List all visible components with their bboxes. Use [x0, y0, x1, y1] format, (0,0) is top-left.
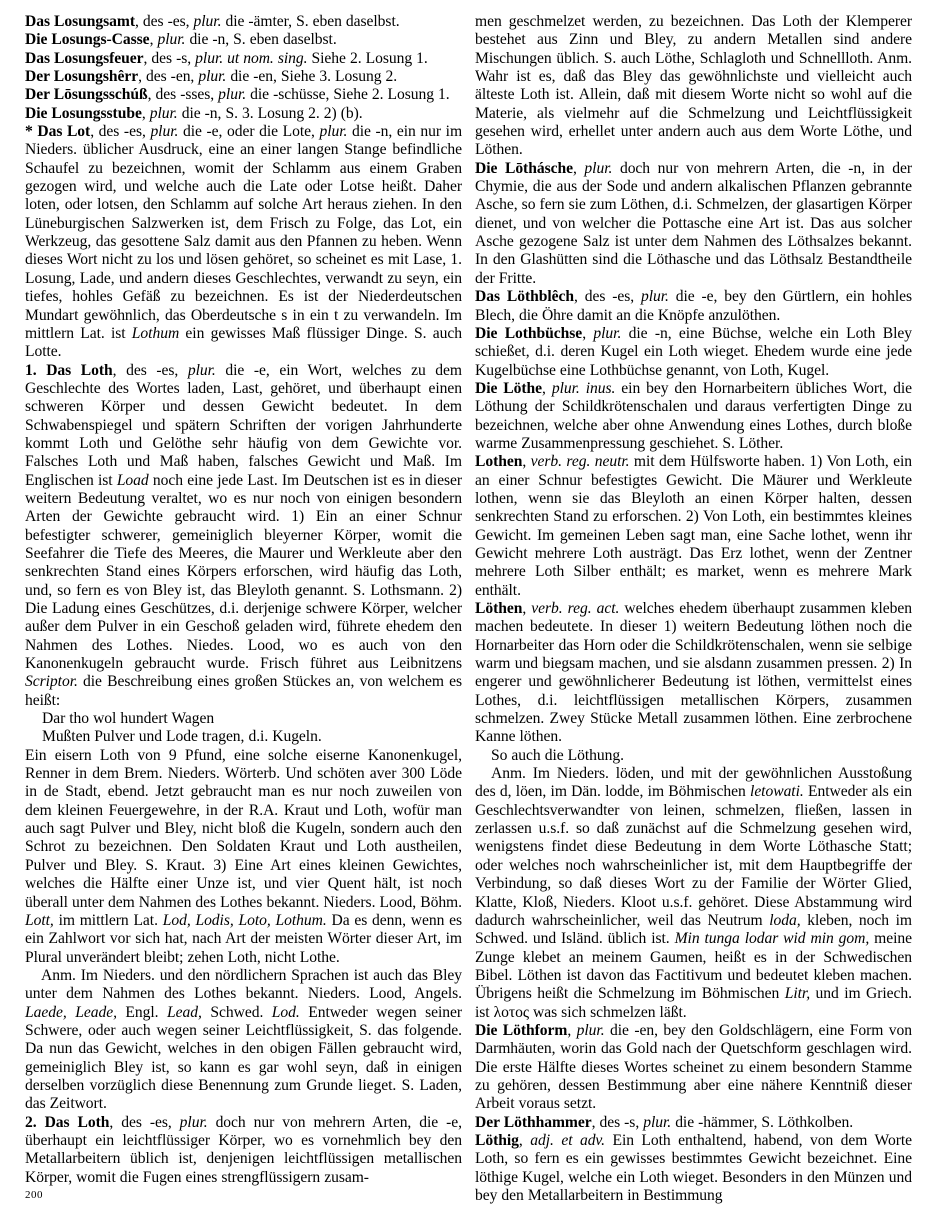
- dictionary-entry: Die Losungs-Casse, plur. die -n, S. eben…: [25, 31, 462, 49]
- dictionary-entry: Löthig, adj. et adv. Ein Loth enthaltend…: [475, 1132, 912, 1205]
- annotation-paragraph: Anm. Im Nieders. löden, und mit der gewö…: [475, 765, 912, 1022]
- grammar-tag: verb. reg. act.: [531, 600, 619, 617]
- entry-text: , des -es,: [574, 288, 641, 305]
- grammar-tag: plur. ut nom. sing.: [195, 50, 307, 67]
- entry-text: , des -s,: [144, 50, 196, 67]
- entry-text: , des -es,: [109, 1114, 179, 1131]
- dictionary-entry: * Das Lot, des -es, plur. die -e, oder d…: [25, 123, 462, 361]
- grammar-tag: adj. et adv.: [530, 1132, 605, 1149]
- verse-line: Mußten Pulver und Lode tragen, d.i. Kuge…: [25, 728, 462, 746]
- entry-text: , des -es,: [113, 362, 188, 379]
- entry-text: Dar tho wol hundert Wagen: [42, 710, 214, 727]
- dictionary-entry: Das Löthblêch, des -es, plur. die -e, be…: [475, 288, 912, 325]
- headword: Die Lōthásche: [475, 160, 573, 177]
- grammar-tag: plur.: [593, 325, 621, 342]
- headword: Der Löthhammer: [475, 1114, 592, 1131]
- dictionary-entry: 2. Das Loth, des -es, plur. doch nur von…: [25, 1114, 462, 1187]
- entry-text: Siehe 2. Losung 1.: [307, 50, 427, 67]
- dictionary-entry: men geschmelzet werden, zu bezeichnen. D…: [475, 13, 912, 160]
- entry-text: , des -es,: [135, 13, 194, 30]
- entry-text: die -n, ein nur im Nieders. üblicher Aus…: [25, 123, 462, 342]
- entry-text: die -e, ein Wort, welches zu dem Geschle…: [25, 362, 462, 489]
- dictionary-entry: Ein eisern Loth von 9 Pfund, eine solche…: [25, 747, 462, 967]
- headword: Das Löthblêch: [475, 288, 574, 305]
- dictionary-entry: 1. Das Loth, des -es, plur. die -e, ein …: [25, 362, 462, 711]
- entry-text: Entweder als ein Geschlechtsverwandter v…: [475, 783, 912, 928]
- dictionary-entry: Die Löthe, plur. inus. ein bey den Horna…: [475, 380, 912, 453]
- entry-text: ,: [567, 1022, 576, 1039]
- grammar-tag: plur.: [188, 362, 216, 379]
- entry-text: die -en, Siehe 3. Losung 2.: [226, 68, 397, 85]
- grammar-tag: plur.: [150, 123, 178, 140]
- dictionary-entry: Löthen, verb. reg. act. welches ehedem ü…: [475, 600, 912, 747]
- grammar-tag: Lod, Lodis, Loto, Lothum.: [163, 912, 327, 929]
- entry-text: , des -sses,: [148, 86, 219, 103]
- entry-text: ,: [582, 325, 593, 342]
- page-number: 200: [25, 1188, 462, 1202]
- dictionary-entry: Die Löthform, plur. die -en, bey den Gol…: [475, 1022, 912, 1114]
- grammar-tag: verb. reg. neutr.: [531, 453, 630, 470]
- grammar-tag: Min tunga lodar wid min gom,: [675, 930, 870, 947]
- dictionary-entry: Der Löthhammer, des -s, plur. die -hämme…: [475, 1114, 912, 1132]
- entry-text: Mußten Pulver und Lode tragen, d.i. Kuge…: [42, 728, 322, 745]
- headword: * Das Lot: [25, 123, 90, 140]
- dictionary-entry: Die Lothbüchse, plur. die -n, eine Büchs…: [475, 325, 912, 380]
- headword: Die Losungs-Casse: [25, 31, 150, 48]
- grammar-tag: plur.: [194, 13, 222, 30]
- entry-text: men geschmelzet werden, zu bezeichnen. D…: [475, 13, 912, 158]
- grammar-tag: Lead,: [167, 1004, 202, 1021]
- entry-text: die -n, S. 3. Losung 2. 2) (b).: [178, 105, 363, 122]
- dictionary-entry: Das Losungsfeuer, des -s, plur. ut nom. …: [25, 50, 462, 68]
- entry-text: doch nur von mehrern Arten, die -n, in d…: [475, 160, 912, 287]
- headword: Der Lōsungsschúß: [25, 86, 148, 103]
- headword: Lothen: [475, 453, 522, 470]
- grammar-tag: Lod.: [272, 1004, 300, 1021]
- entry-text: ,: [522, 600, 531, 617]
- verse-line: Dar tho wol hundert Wagen: [25, 710, 462, 728]
- dictionary-entry: Der Losungshêrr, des -en, plur. die -en,…: [25, 68, 462, 86]
- entry-text: ,: [573, 160, 584, 177]
- dictionary-page: Das Losungsamt, des -es, plur. die -ämte…: [0, 0, 935, 1210]
- entry-text: Schwed.: [202, 1004, 272, 1021]
- annotation-paragraph: Anm. Im Nieders. und den nördlichern Spr…: [25, 967, 462, 1114]
- grammar-tag: Laede, Leade,: [25, 1004, 117, 1021]
- headword: 1. Das Loth: [25, 362, 113, 379]
- headword: Löthen: [475, 600, 522, 617]
- grammar-tag: plur.: [150, 105, 178, 122]
- headword: Die Lothbüchse: [475, 325, 582, 342]
- grammar-tag: plur.: [180, 1114, 208, 1131]
- grammar-tag: plur.: [319, 123, 347, 140]
- grammar-tag: Scriptor.: [25, 673, 78, 690]
- headword: Löthig: [475, 1132, 519, 1149]
- entry-text: , des -en,: [138, 68, 198, 85]
- headword: 2. Das Loth: [25, 1114, 109, 1131]
- entry-text: , des -es,: [90, 123, 150, 140]
- annotation-paragraph: So auch die Löthung.: [475, 747, 912, 765]
- grammar-tag: plur.: [157, 31, 185, 48]
- entry-text: die -ämter, S. eben daselbst.: [221, 13, 399, 30]
- headword: Die Löthform: [475, 1022, 567, 1039]
- entry-text: ,: [142, 105, 150, 122]
- dictionary-entry: Der Lōsungsschúß, des -sses, plur. die -…: [25, 86, 462, 104]
- dictionary-entry: Das Losungsamt, des -es, plur. die -ämte…: [25, 13, 462, 31]
- headword: Der Losungshêrr: [25, 68, 138, 85]
- entry-text: die Beschreibung eines großen Stückes an…: [25, 673, 462, 708]
- grammar-tag: plur.: [584, 160, 612, 177]
- dictionary-entry: Die Losungsstube, plur. die -n, S. 3. Lo…: [25, 105, 462, 123]
- entry-text: mit dem Hülfsworte haben. 1) Von Loth, e…: [475, 453, 912, 598]
- grammar-tag: Lott,: [25, 912, 54, 929]
- entry-text: die -schüsse, Siehe 2. Losung 1.: [246, 86, 450, 103]
- grammar-tag: plur.: [577, 1022, 605, 1039]
- headword: Das Losungsfeuer: [25, 50, 144, 67]
- left-column: Das Losungsamt, des -es, plur. die -ämte…: [25, 13, 462, 1210]
- grammar-tag: loda,: [769, 912, 800, 929]
- entry-text: Engl.: [117, 1004, 167, 1021]
- headword: Die Losungsstube: [25, 105, 142, 122]
- entry-text: die -hämmer, S. Löthkolben.: [671, 1114, 853, 1131]
- grammar-tag: plur. inus.: [552, 380, 616, 397]
- entry-text: So auch die Löthung.: [491, 747, 624, 764]
- entry-text: ,: [542, 380, 552, 397]
- entry-text: noch eine jede Last. Im Deutschen ist es…: [25, 472, 462, 672]
- headword: Die Löthe: [475, 380, 542, 397]
- entry-text: ,: [522, 453, 530, 470]
- grammar-tag: Lothum: [132, 325, 179, 342]
- grammar-tag: plur.: [198, 68, 226, 85]
- dictionary-entry: Die Lōthásche, plur. doch nur von mehrer…: [475, 160, 912, 288]
- right-column: men geschmelzet werden, zu bezeichnen. D…: [475, 13, 912, 1210]
- grammar-tag: letowati.: [750, 783, 804, 800]
- grammar-tag: Load: [117, 472, 149, 489]
- headword: Das Losungsamt: [25, 13, 135, 30]
- entry-text: die -n, S. eben daselbst.: [185, 31, 336, 48]
- grammar-tag: plur.: [641, 288, 669, 305]
- grammar-tag: plur.: [218, 86, 246, 103]
- entry-text: ,: [519, 1132, 530, 1149]
- entry-text: , des -s,: [592, 1114, 644, 1131]
- entry-text: die -e, oder die Lote,: [178, 123, 319, 140]
- grammar-tag: Litr,: [785, 985, 810, 1002]
- entry-text: im mittlern Lat.: [54, 912, 163, 929]
- entry-text: Anm. Im Nieders. und den nördlichern Spr…: [25, 967, 462, 1002]
- grammar-tag: plur.: [643, 1114, 671, 1131]
- dictionary-entry: Lothen, verb. reg. neutr. mit dem Hülfsw…: [475, 453, 912, 600]
- entry-text: welches ehedem überhaupt zusammen kleben…: [475, 600, 912, 745]
- entry-text: Ein eisern Loth von 9 Pfund, eine solche…: [25, 747, 462, 911]
